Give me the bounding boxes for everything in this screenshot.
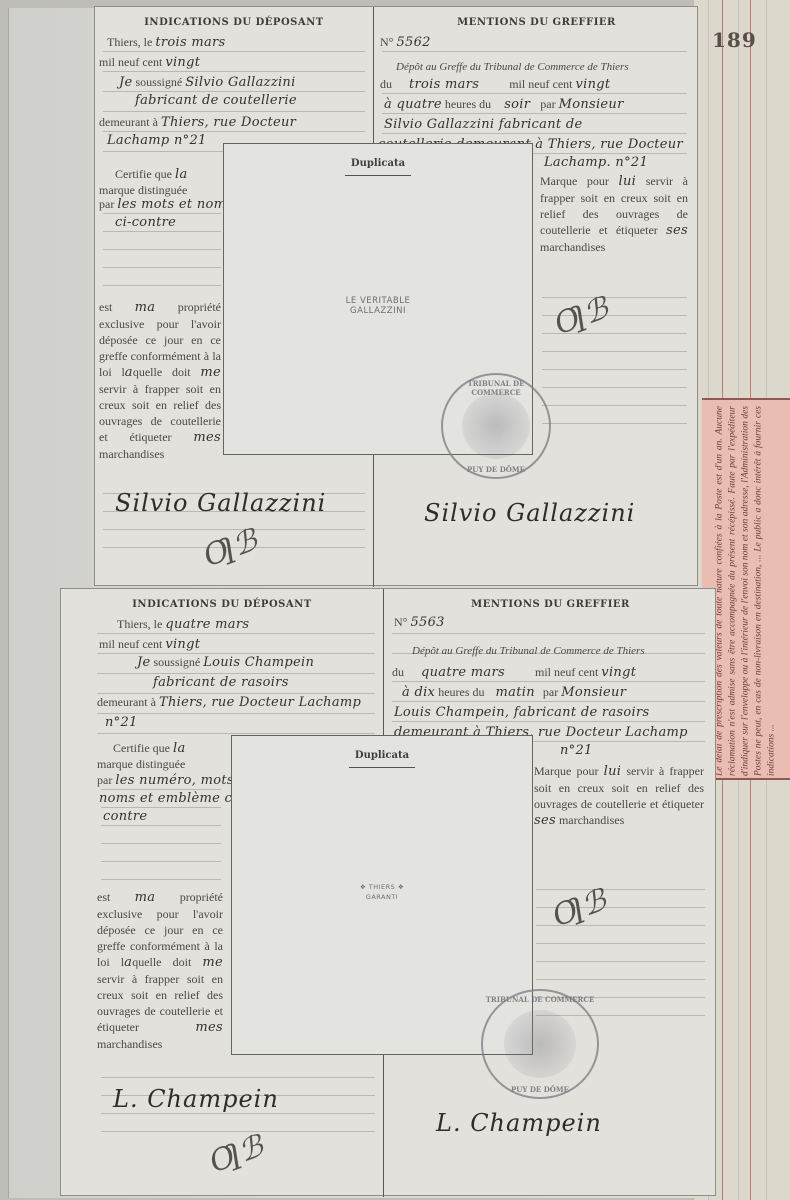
deposit-daypart: matin bbox=[496, 685, 535, 700]
depositor-name: Louis Champein bbox=[203, 655, 314, 670]
year-label: mil neuf cent bbox=[99, 55, 162, 69]
depositor-residence-2: n°21 bbox=[105, 715, 138, 730]
depositor-signature: L. Champein bbox=[113, 1085, 279, 1113]
declarant-prefix: Je bbox=[119, 75, 133, 90]
clerk-name-line: Silvio Gallazzini fabricant de bbox=[384, 117, 582, 132]
trademark-imprint: ❖ THIERS ❖ GARANTI bbox=[232, 882, 532, 902]
par-label: par bbox=[99, 197, 114, 211]
deposit-form-5562: INDICATIONS DU DÉPOSANT Thiers, le trois… bbox=[94, 6, 698, 586]
deposit-number: 5562 bbox=[396, 35, 430, 50]
deposit-daypart: soir bbox=[504, 97, 530, 112]
depositor-profession: fabricant de coutellerie bbox=[135, 93, 297, 108]
deposit-date: trois mars bbox=[409, 77, 479, 92]
duplicata-title: Duplicata bbox=[224, 158, 532, 169]
property-declaration: est ma propriété exclusive pour l'avoir … bbox=[99, 299, 221, 462]
clerk-heading: MENTIONS DU GREFFIER bbox=[384, 589, 717, 610]
depositor-heading: INDICATIONS DU DÉPOSANT bbox=[95, 7, 373, 28]
clerk-name-line: Louis Champein, fabricant de rasoirs bbox=[394, 705, 649, 720]
mark-description-2: ci-contre bbox=[115, 215, 176, 230]
duplicata-title: Duplicata bbox=[232, 750, 532, 761]
clerk-paraph: Ƣℬ bbox=[548, 883, 611, 935]
clerk-name-line-3: Lachamp. n°21 bbox=[544, 155, 648, 170]
clerk-mark-purpose: Marque pour lui servir à frapper soit en… bbox=[540, 173, 688, 255]
depositor-residence: Thiers, rue Docteur Lachamp bbox=[159, 695, 361, 710]
mark-description-2: noms et emblème ci- bbox=[99, 791, 241, 806]
depositor-profession: fabricant de rasoirs bbox=[153, 675, 289, 690]
clerk-paraph: Ƣℬ bbox=[550, 291, 613, 343]
duplicata-box: Duplicata ❖ THIERS ❖ GARANTI bbox=[231, 735, 533, 1055]
deposit-date: quatre mars bbox=[421, 665, 505, 680]
clerk-mark-purpose: Marque pour lui servir à frapper soit en… bbox=[534, 763, 704, 829]
year-handwritten: vingt bbox=[165, 637, 200, 652]
certifie-label: Certifie que bbox=[115, 167, 172, 181]
clerk-copy-signature: L. Champein bbox=[436, 1109, 602, 1137]
deposit-year: vingt bbox=[601, 665, 636, 680]
deposit-form-5563: INDICATIONS DU DÉPOSANT Thiers, le quatr… bbox=[60, 588, 716, 1196]
tribunal-seal: TRIBUNAL DE COMMERCE PUY DE DÔME bbox=[481, 989, 599, 1099]
date-handwritten: quatre mars bbox=[165, 617, 249, 632]
deposit-hour: à dix bbox=[402, 685, 435, 700]
postal-receipt-text: Le délai de prescription des valeurs de … bbox=[714, 406, 779, 776]
deposit-number: 5563 bbox=[410, 615, 444, 630]
clerk-paraph: Ƣℬ bbox=[199, 523, 262, 575]
trademark-imprint: LE VERITABLE GALLAZZINI bbox=[224, 296, 532, 316]
page-number: 189 bbox=[712, 28, 757, 52]
clerk-copy-signature: Silvio Gallazzini bbox=[424, 499, 635, 527]
date-handwritten: trois mars bbox=[155, 35, 225, 50]
property-handwritten: ma bbox=[135, 300, 156, 315]
clerk-paraph: Ƣℬ bbox=[205, 1129, 268, 1181]
clerk-name-line-3: n°21 bbox=[560, 743, 593, 758]
depositor-residence-2: Lachamp n°21 bbox=[107, 133, 207, 148]
depositor-name: Silvio Gallazzini bbox=[185, 75, 295, 90]
mark-description-3: contre bbox=[103, 809, 147, 824]
deposit-hour: à quatre bbox=[384, 97, 442, 112]
depot-text: Dépôt au Greffe du Tribunal de Commerce … bbox=[396, 61, 629, 73]
place-label: Thiers, le bbox=[107, 35, 152, 49]
mark-description: les mots et nom bbox=[117, 197, 226, 212]
year-handwritten: vingt bbox=[165, 55, 200, 70]
deposit-year: vingt bbox=[576, 77, 611, 92]
residence-label: demeurant à bbox=[99, 115, 158, 129]
property-declaration: est ma propriété exclusive pour l'avoir … bbox=[97, 889, 223, 1052]
mark-description: les numéro, mots, bbox=[115, 773, 238, 788]
depositor-residence: Thiers, rue Docteur bbox=[161, 115, 296, 130]
depositor-heading: INDICATIONS DU DÉPOSANT bbox=[61, 589, 383, 610]
marque-label: marque distinguée bbox=[99, 183, 187, 198]
depot-text: Dépôt au Greffe du Tribunal de Commerce … bbox=[412, 645, 645, 657]
tribunal-seal: TRIBUNAL DE COMMERCE PUY DE DÔME bbox=[441, 373, 551, 479]
clerk-heading: MENTIONS DU GREFFIER bbox=[374, 7, 699, 28]
soussigne-label: soussigné bbox=[136, 75, 183, 89]
number-label: N° bbox=[380, 35, 393, 49]
certifie-handwritten: la bbox=[175, 167, 188, 182]
depositor-signature: Silvio Gallazzini bbox=[115, 489, 326, 517]
